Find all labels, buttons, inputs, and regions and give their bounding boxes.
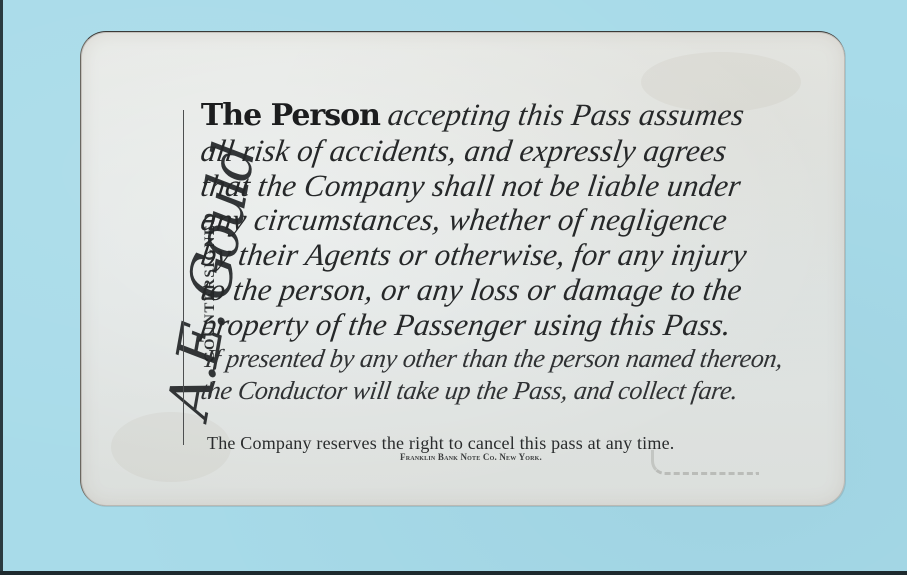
terms-line-text: accepting this Pass assumes (386, 97, 747, 132)
terms-line-7: property of the Passenger using this Pas… (199, 308, 809, 343)
reservation-notice: The Company reserves the right to cancel… (207, 433, 674, 454)
conductor-line-1: If presented by any other than the perso… (199, 343, 808, 375)
terms-line-6: to the person, or any loss or damage to … (199, 273, 809, 308)
terms-text: The Personaccepting this Pass assumes al… (201, 98, 806, 407)
conductor-line-2: the Conductor will take up the Pass, and… (199, 375, 808, 407)
countersign-rule (183, 110, 184, 445)
pass-card: COUNTERSIGNED A.E. Gould The Personaccep… (80, 31, 845, 506)
terms-line-1: The Personaccepting this Pass assumes (198, 98, 808, 134)
faint-ink-mark (651, 450, 759, 475)
scan-edge-left (0, 0, 3, 575)
terms-line-4: any circumstances, whether of negligence (199, 203, 809, 238)
terms-line-2: all risk of accidents, and expressly agr… (199, 134, 809, 169)
terms-line-3: that the Company shall not be liable und… (199, 169, 809, 204)
printer-imprint: Franklin Bank Note Co. New York. (400, 452, 542, 462)
terms-line-5: by their Agents or otherwise, for any in… (199, 238, 809, 273)
terms-lead-words: The Person (201, 99, 380, 134)
scan-edge-bottom (0, 571, 907, 575)
